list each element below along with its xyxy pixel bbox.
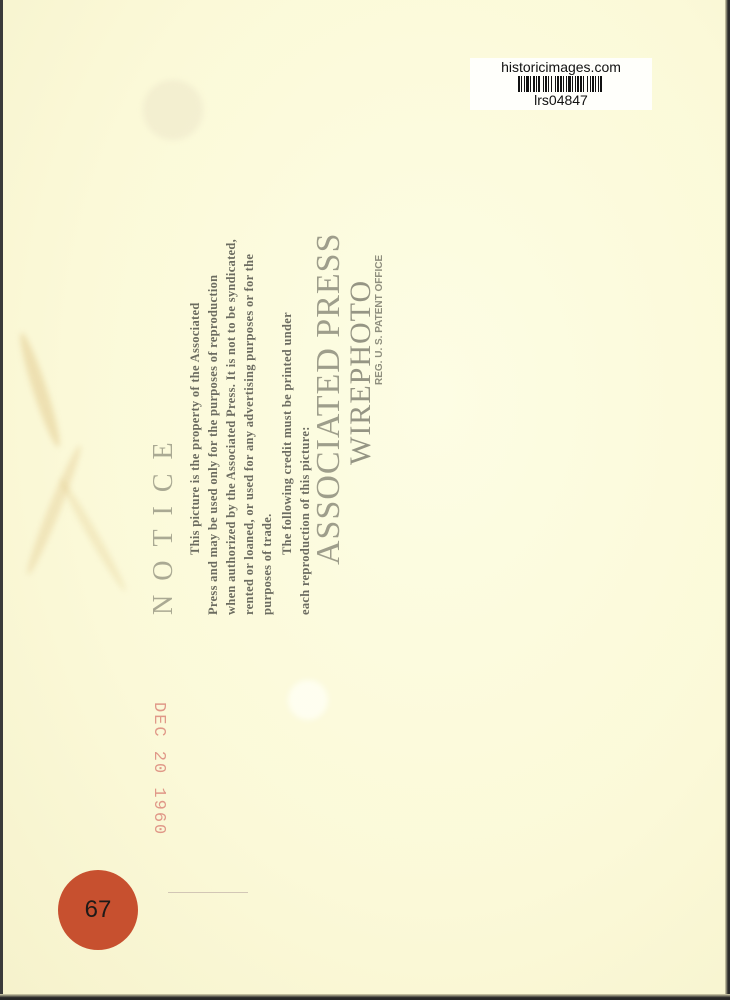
notice-line: purposes of trade. (260, 513, 275, 615)
photo-back-sheet: historicimages.com lrs04847 NOTICE This … (3, 0, 725, 994)
notice-heading: NOTICE (148, 428, 180, 615)
notice-line: Press and may be used only for the purpo… (206, 275, 221, 615)
date-stamp: DEC 20 1960 (152, 702, 168, 822)
notice-line: This picture is the property of the Asso… (188, 302, 203, 555)
notice-line: The following credit must be printed und… (280, 312, 295, 555)
credit-associated-press: ASSOCIATED PRESS (310, 233, 348, 565)
scan-edge-bottom (0, 994, 730, 1000)
barcode-icon (470, 76, 652, 92)
ap-notice-stamp: NOTICE This picture is the property of t… (148, 175, 388, 615)
smudge-mark (143, 80, 203, 140)
stain-mark (56, 476, 130, 594)
badge-number: 67 (85, 896, 112, 924)
credit-wirephoto: WIREPHOTO (344, 280, 378, 465)
notice-line: when authorized by the Associated Press.… (224, 239, 239, 615)
barcode-label: historicimages.com lrs04847 (470, 58, 652, 110)
label-site: historicimages.com (470, 59, 652, 75)
stain-mark (15, 331, 65, 449)
light-spot (288, 680, 328, 720)
scan-edge-right (725, 0, 730, 1000)
pencil-mark (168, 892, 248, 893)
notice-line: rented or loaned, or used for any advert… (242, 254, 257, 615)
registration-text: REG. U. S. PATENT OFFICE (374, 255, 385, 385)
number-badge: 67 (58, 870, 138, 950)
label-code: lrs04847 (470, 92, 652, 108)
